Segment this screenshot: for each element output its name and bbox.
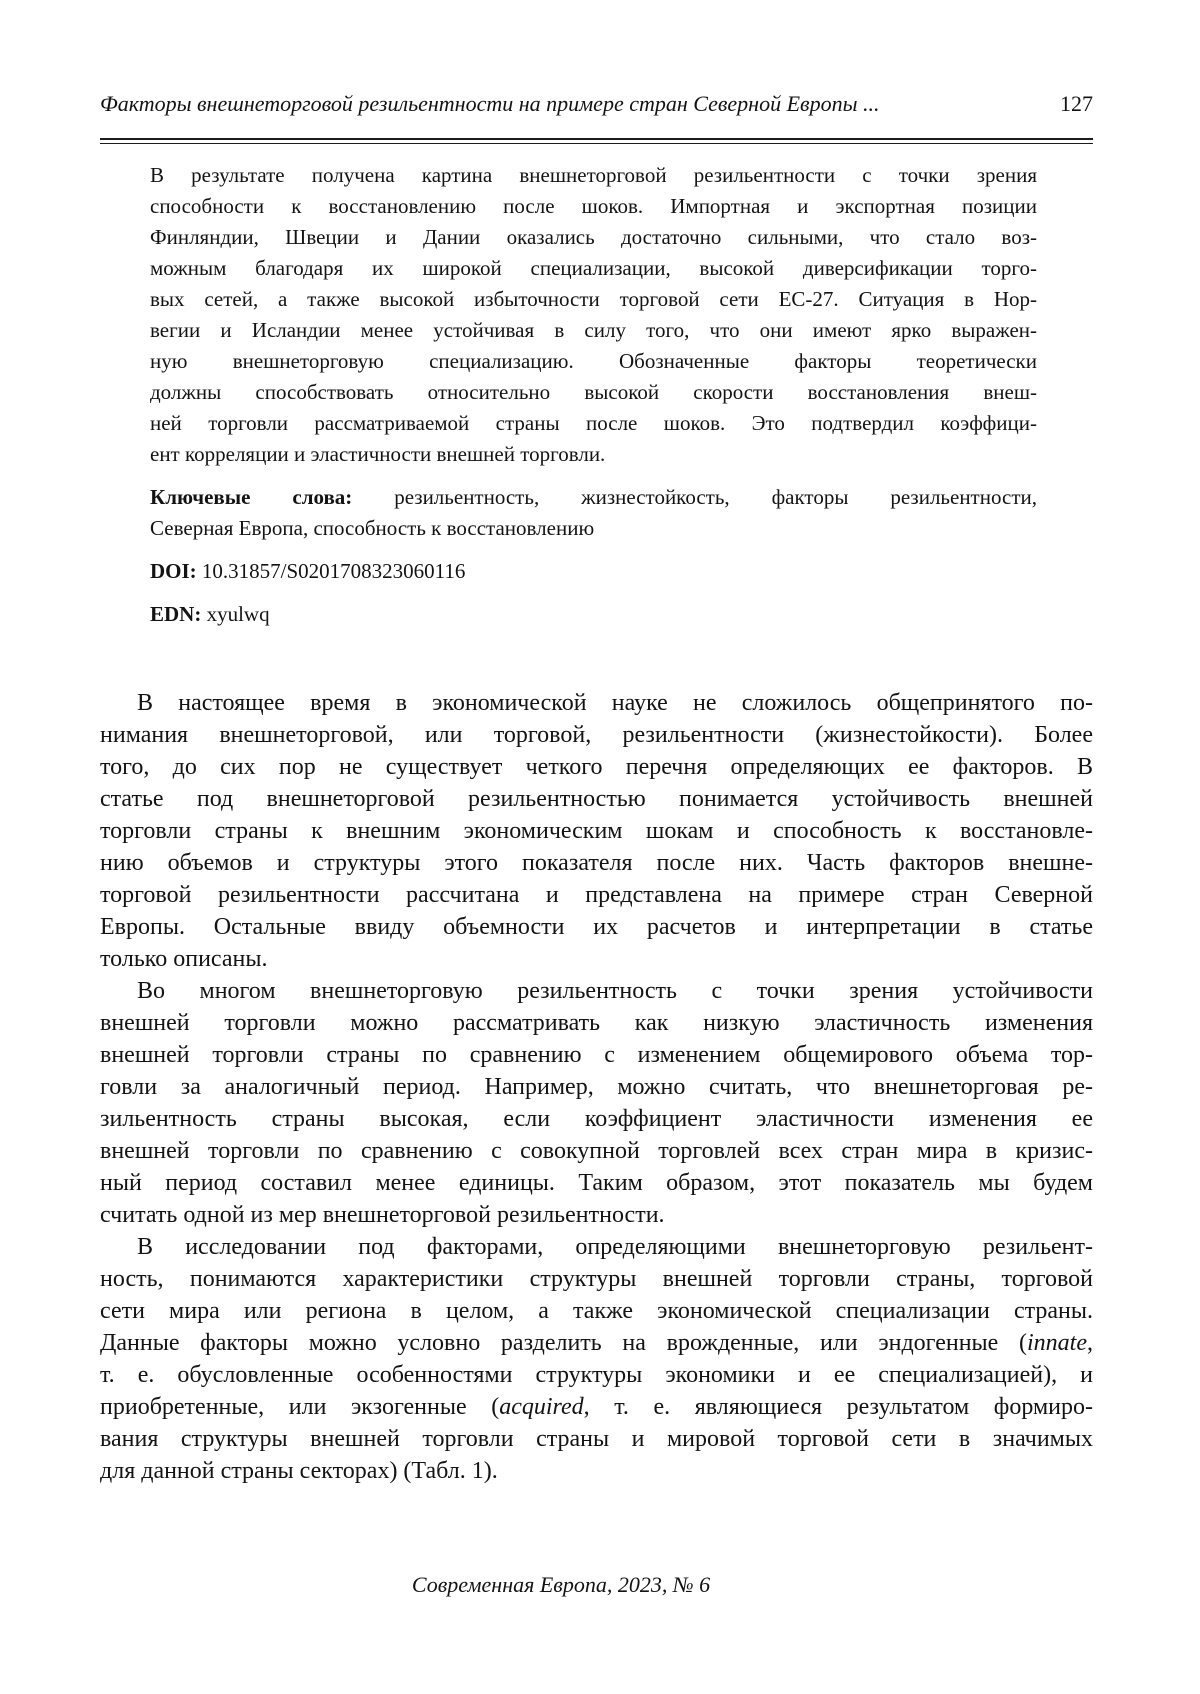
text-line: ент корреляции и эластичности внешней то…: [150, 439, 1037, 470]
edn-line: EDN: xyulwq: [150, 599, 1037, 630]
text-line: можным благодаря их широкой специализаци…: [150, 253, 1037, 284]
text-line: ней торговли рассматриваемой страны посл…: [150, 408, 1037, 439]
text-line: Северная Европа, способность к восстанов…: [150, 513, 1037, 544]
document-page: Факторы внешнеторговой резильентности на…: [0, 0, 1200, 1694]
text-line: считать одной из мер внешнеторговой рези…: [100, 1199, 1093, 1231]
text-line: Во многом внешнеторговую резильентность …: [100, 975, 1093, 1007]
edn-value: xyulwq: [207, 602, 270, 626]
text-line: Данные факторы можно условно разделить н…: [100, 1327, 1093, 1359]
text-line: зильентность страны высокая, если коэффи…: [100, 1103, 1093, 1135]
text-line: ность, понимаются характеристики структу…: [100, 1263, 1093, 1295]
text-line: т. е. обусловленные особенностями структ…: [100, 1359, 1093, 1391]
text-line: В исследовании под факторами, определяющ…: [100, 1231, 1093, 1263]
text-line: должны способствовать относительно высок…: [150, 377, 1037, 408]
text-line: того, до сих пор не существует четкого п…: [100, 751, 1093, 783]
text-line: В настоящее время в экономической науке …: [100, 687, 1093, 719]
text-line: только описаны.: [100, 943, 1093, 975]
doi-label: DOI:: [150, 559, 197, 583]
text-line: вания структуры внешней торговли страны …: [100, 1423, 1093, 1455]
text-line: способности к восстановлению после шоков…: [150, 191, 1037, 222]
keywords-block: Ключевые слова: резильентность, жизнесто…: [150, 482, 1037, 544]
text-line: вых сетей, а также высокой избыточности …: [150, 284, 1037, 315]
text-line: Европы. Остальные ввиду объемности их ра…: [100, 911, 1093, 943]
text-line: нию объемов и структуры этого показателя…: [100, 847, 1093, 879]
text-line: нимания внешнеторговой, или торговой, ре…: [100, 719, 1093, 751]
text-line: торговой резильентности рассчитана и пре…: [100, 879, 1093, 911]
running-header: Факторы внешнеторговой резильентности на…: [100, 90, 1093, 118]
text-line: приобретенные, или экзогенные (acquired,…: [100, 1391, 1093, 1423]
text-line: вегии и Исландии менее устойчивая в силу…: [150, 315, 1037, 346]
page-number: 127: [1040, 90, 1093, 118]
text-line: Финляндии, Швеции и Дании оказались дост…: [150, 222, 1037, 253]
text-line: статье под внешнеторговой резильентность…: [100, 783, 1093, 815]
header-rule: [100, 138, 1093, 144]
text-line: ный период составил менее единицы. Таким…: [100, 1167, 1093, 1199]
body-paragraph-1: В настоящее время в экономической науке …: [100, 687, 1093, 975]
text-line: внешней торговли страны по сравнению с и…: [100, 1039, 1093, 1071]
text-line: внешней торговли можно рассматривать как…: [100, 1007, 1093, 1039]
running-header-title: Факторы внешнеторговой резильентности на…: [100, 90, 880, 118]
article-body: В настоящее время в экономической науке …: [100, 687, 1093, 1487]
journal-footer: Современная Европа, 2023, № 6: [0, 1572, 1122, 1598]
text-line: ную внешнеторговую специализацию. Обозна…: [150, 346, 1037, 377]
edn-label: EDN:: [150, 602, 201, 626]
text-line: В результате получена картина внешнеторг…: [150, 160, 1037, 191]
body-paragraph-2: Во многом внешнеторговую резильентность …: [100, 975, 1093, 1231]
text-line: торговли страны к внешним экономическим …: [100, 815, 1093, 847]
text-line: говли за аналогичный период. Например, м…: [100, 1071, 1093, 1103]
text-line: для данной страны секторах) (Табл. 1).: [100, 1455, 1093, 1487]
body-paragraph-3: В исследовании под факторами, определяющ…: [100, 1231, 1093, 1487]
doi-value: 10.31857/S0201708323060116: [202, 559, 465, 583]
text-line: внешней торговли по сравнению с совокупн…: [100, 1135, 1093, 1167]
doi-line: DOI: 10.31857/S0201708323060116: [150, 556, 1037, 587]
text-line: сети мира или региона в целом, а также э…: [100, 1295, 1093, 1327]
text-line: Ключевые слова: резильентность, жизнесто…: [150, 482, 1037, 513]
keywords-label: Ключевые слова:: [150, 485, 352, 509]
abstract-block: В результате получена картина внешнеторг…: [150, 160, 1037, 470]
